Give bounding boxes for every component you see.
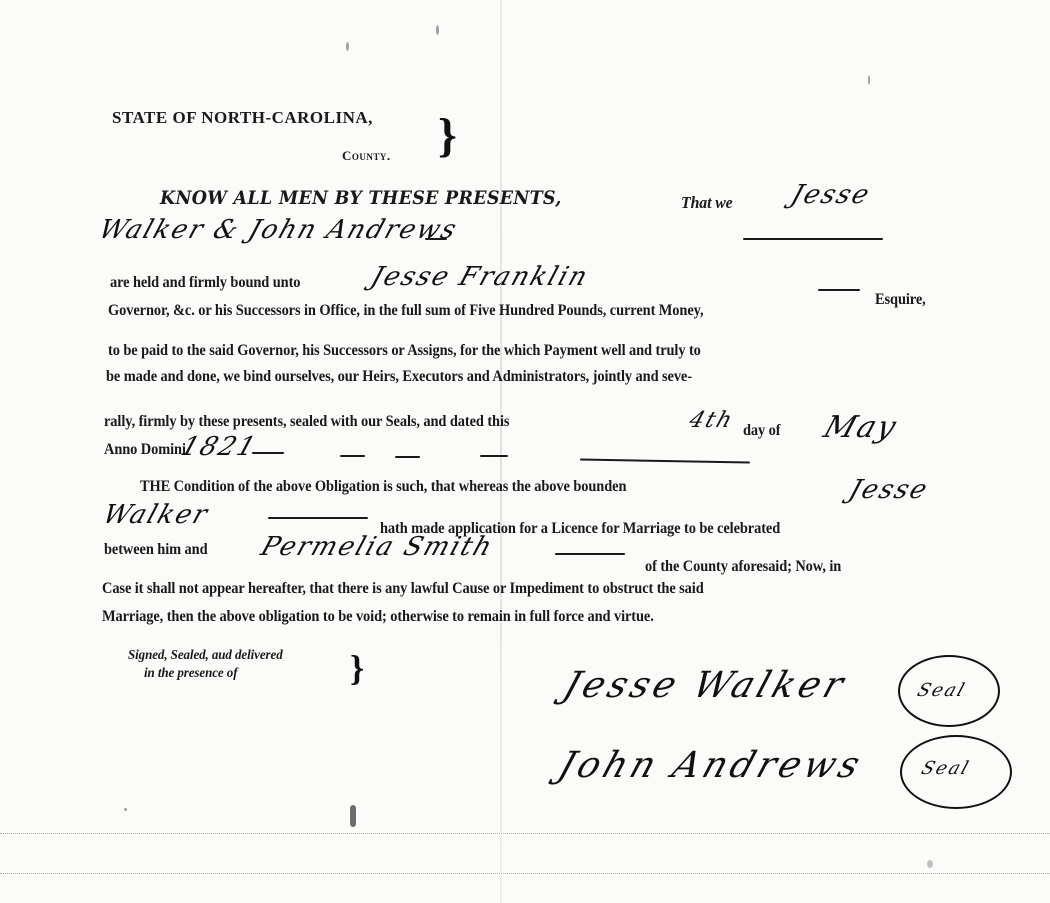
fold-line (0, 873, 1050, 875)
that-we: That we (681, 193, 733, 213)
ink-speck (350, 805, 356, 827)
rule (268, 517, 368, 519)
bond-line-1: are held and firmly bound unto (110, 274, 300, 292)
rule (480, 455, 508, 457)
handwritten-obligors: Walker & John Andrews (95, 215, 462, 245)
ink-speck (436, 25, 439, 35)
county-label: County. (342, 148, 391, 164)
day-of: day of (743, 422, 780, 440)
handwritten-month: May (819, 410, 902, 445)
bond-line-5: rally, firmly by these presents, sealed … (104, 413, 509, 431)
anno-domini: Anno Domini (104, 441, 186, 459)
header-brace: } (438, 108, 457, 164)
seal-label: Seal (919, 758, 973, 779)
ink-speck (927, 860, 933, 868)
rule (743, 238, 883, 240)
handwritten-bride: Permelia Smith (257, 532, 497, 562)
esquire: Esquire, (875, 291, 926, 309)
know-all-men: KNOW ALL MEN BY THESE PRESENTS, (160, 187, 562, 209)
bond-line-2: Governor, &c. or his Successors in Offic… (108, 302, 703, 320)
document-page: { "document": { "type": "Marriage bond",… (0, 0, 1050, 903)
condition-line-3: between him and (104, 541, 208, 559)
bond-line-4: be made and done, we bind ourselves, our… (106, 368, 692, 386)
handwritten-obligor-first-name: Jesse (787, 180, 875, 210)
ink-speck (124, 808, 127, 811)
ink-speck (868, 75, 870, 85)
handwritten-day: 4th (686, 408, 737, 433)
rule (340, 455, 365, 457)
condition-line-4: Case it shall not appear hereafter, that… (102, 580, 704, 598)
state-heading: STATE OF NORTH-CAROLINA, (112, 108, 373, 128)
fold-line (0, 833, 1050, 835)
rule (395, 456, 420, 458)
bond-line-3: to be paid to the said Governor, his Suc… (108, 342, 701, 360)
handwritten-year: 1821 (177, 432, 261, 462)
rule (555, 553, 625, 555)
condition-line-1: THE Condition of the above Obligation is… (140, 478, 626, 496)
rule (818, 289, 860, 291)
rule (580, 459, 750, 464)
handwritten-groom-first-name: Jesse (845, 475, 933, 505)
condition-line-3-end: of the County aforesaid; Now, in (645, 558, 841, 576)
handwritten-groom-surname: Walker (99, 500, 213, 530)
handwritten-obligee: Jesse Franklin (367, 262, 593, 292)
condition-line-5: Marriage, then the above obligation to b… (102, 608, 654, 626)
fold-line (500, 0, 502, 903)
ink-speck (346, 42, 349, 51)
attestation-line-1: Signed, Sealed, aud delivered (128, 648, 283, 664)
rule (252, 452, 284, 454)
attestation-line-2: in the presence of (144, 666, 237, 682)
attestation-brace: } (350, 646, 364, 690)
seal-label: Seal (915, 680, 969, 701)
signature-jesse-walker: Jesse Walker (558, 665, 852, 706)
rule (425, 238, 447, 240)
signature-john-andrews: John Andrews (553, 745, 868, 786)
